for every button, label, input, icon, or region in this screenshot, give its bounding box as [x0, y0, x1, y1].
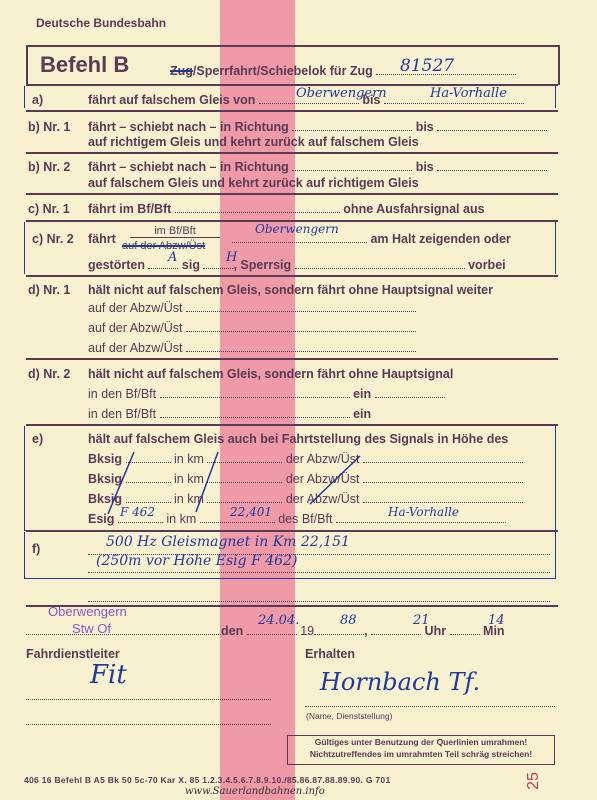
watermark-url: www.Sauerlandbahnen.info: [185, 786, 325, 797]
fdl-label: Fahrdienstleiter: [26, 647, 120, 661]
d2-row: in den Bf/Bft: [88, 407, 156, 421]
sig-label: sig: [182, 258, 200, 272]
c2-val1[interactable]: A: [168, 250, 177, 265]
ein-label: ein: [353, 407, 371, 421]
instruction-box: Gültiges unter Benutzung der Querlinien …: [287, 735, 555, 765]
label-d1: d) Nr. 1: [28, 283, 70, 297]
label-c1: c) Nr. 1: [28, 202, 70, 216]
receiver-signature[interactable]: Hornbach Tf.: [320, 668, 480, 696]
form-title: Befehl B: [40, 52, 129, 78]
c2-val2[interactable]: H: [226, 250, 237, 265]
text-b1-line2: auf richtigem Gleis und kehrt zurück auf…: [88, 135, 419, 149]
c2-top: im Bf/Bft: [130, 225, 220, 238]
to-station[interactable]: Ha-Vorhalle: [430, 86, 507, 101]
struck-zug: Zug: [170, 64, 193, 78]
year-value[interactable]: 88: [340, 613, 357, 628]
erhalten-label: Erhalten: [305, 647, 355, 661]
label-e: e): [32, 432, 43, 446]
gestoerten-label: gestörten: [88, 258, 145, 272]
tail-c1: ohne Ausfahrsignal aus: [343, 202, 484, 216]
date-value[interactable]: 24.04.: [258, 613, 299, 628]
c2-place[interactable]: Oberwengern: [255, 222, 339, 236]
name-dienststellung: (Name, Dienststellung): [306, 711, 392, 721]
text-c2: fährt: [88, 232, 116, 246]
den-label: den: [221, 624, 243, 638]
text-e: hält auf falschem Gleis auch bei Fahrtst…: [88, 432, 508, 446]
stamp-station: Oberwengern: [48, 604, 127, 619]
note-line2: Nichtzutreffendes im umrahmten Teil schr…: [288, 748, 554, 760]
tail-c2: am Halt zeigenden oder: [370, 232, 510, 246]
from-station[interactable]: Oberwengern: [296, 86, 387, 101]
text-d1: hält nicht auf falschem Gleis, sondern f…: [88, 283, 493, 297]
d1-row: auf der Abzw/Üst: [88, 321, 183, 335]
text-b2: fährt – schiebt nach – in Richtung: [88, 160, 289, 174]
text-b2-line2: auf falschem Gleis und kehrt zurück auf …: [88, 176, 419, 190]
d1-row: auf der Abzw/Üst: [88, 301, 183, 315]
bis-b2: bis: [416, 160, 434, 174]
label-d2: d) Nr. 2: [28, 367, 70, 381]
text-a: fährt auf falschem Gleis von: [88, 93, 255, 107]
note-line1: Gültiges unter Benutzung der Querlinien …: [288, 736, 554, 748]
fdl-signature[interactable]: Fit: [90, 660, 127, 690]
label-f: f): [32, 542, 40, 556]
d1-row: auf der Abzw/Üst: [88, 341, 183, 355]
form-subtitle: /Sperrfahrt/Schiebelok für Zug: [193, 64, 373, 78]
label-c2: c) Nr. 2: [32, 232, 74, 246]
f-line2[interactable]: (250m vor Höhe Esig F 462): [96, 553, 297, 569]
c2-bottom: auf der Abzw/Üst: [122, 240, 205, 252]
sperrsig-label: , Sperrsig: [233, 258, 291, 272]
minute-value[interactable]: 14: [488, 613, 505, 628]
bis-b1: bis: [416, 120, 434, 134]
ein-label: ein: [353, 387, 371, 401]
text-b1: fährt – schiebt nach – in Richtung: [88, 120, 289, 134]
train-number[interactable]: 81527: [400, 56, 454, 76]
strike-marks: [100, 450, 430, 520]
hour-value[interactable]: 21: [413, 613, 430, 628]
label-b2: b) Nr. 2: [28, 160, 70, 174]
text-d2: hält nicht auf falschem Gleis, sondern f…: [88, 367, 453, 381]
f-line1[interactable]: 500 Hz Gleismagnet in Km 22,151: [106, 534, 350, 550]
org-name: Deutsche Bundesbahn: [36, 16, 166, 30]
year-prefix: 19: [300, 624, 314, 638]
vorbei-label: vorbei: [468, 258, 506, 272]
form-code: 406 16 Befehl B A5 Bk 50 5c-70 Kar X. 85…: [24, 775, 391, 785]
d2-row: in den Bf/Bft: [88, 387, 156, 401]
page-number: 25: [525, 772, 543, 790]
text-c1: fährt im Bf/Bft: [88, 202, 171, 216]
label-a: a): [32, 93, 43, 107]
label-b1: b) Nr. 1: [28, 120, 70, 134]
